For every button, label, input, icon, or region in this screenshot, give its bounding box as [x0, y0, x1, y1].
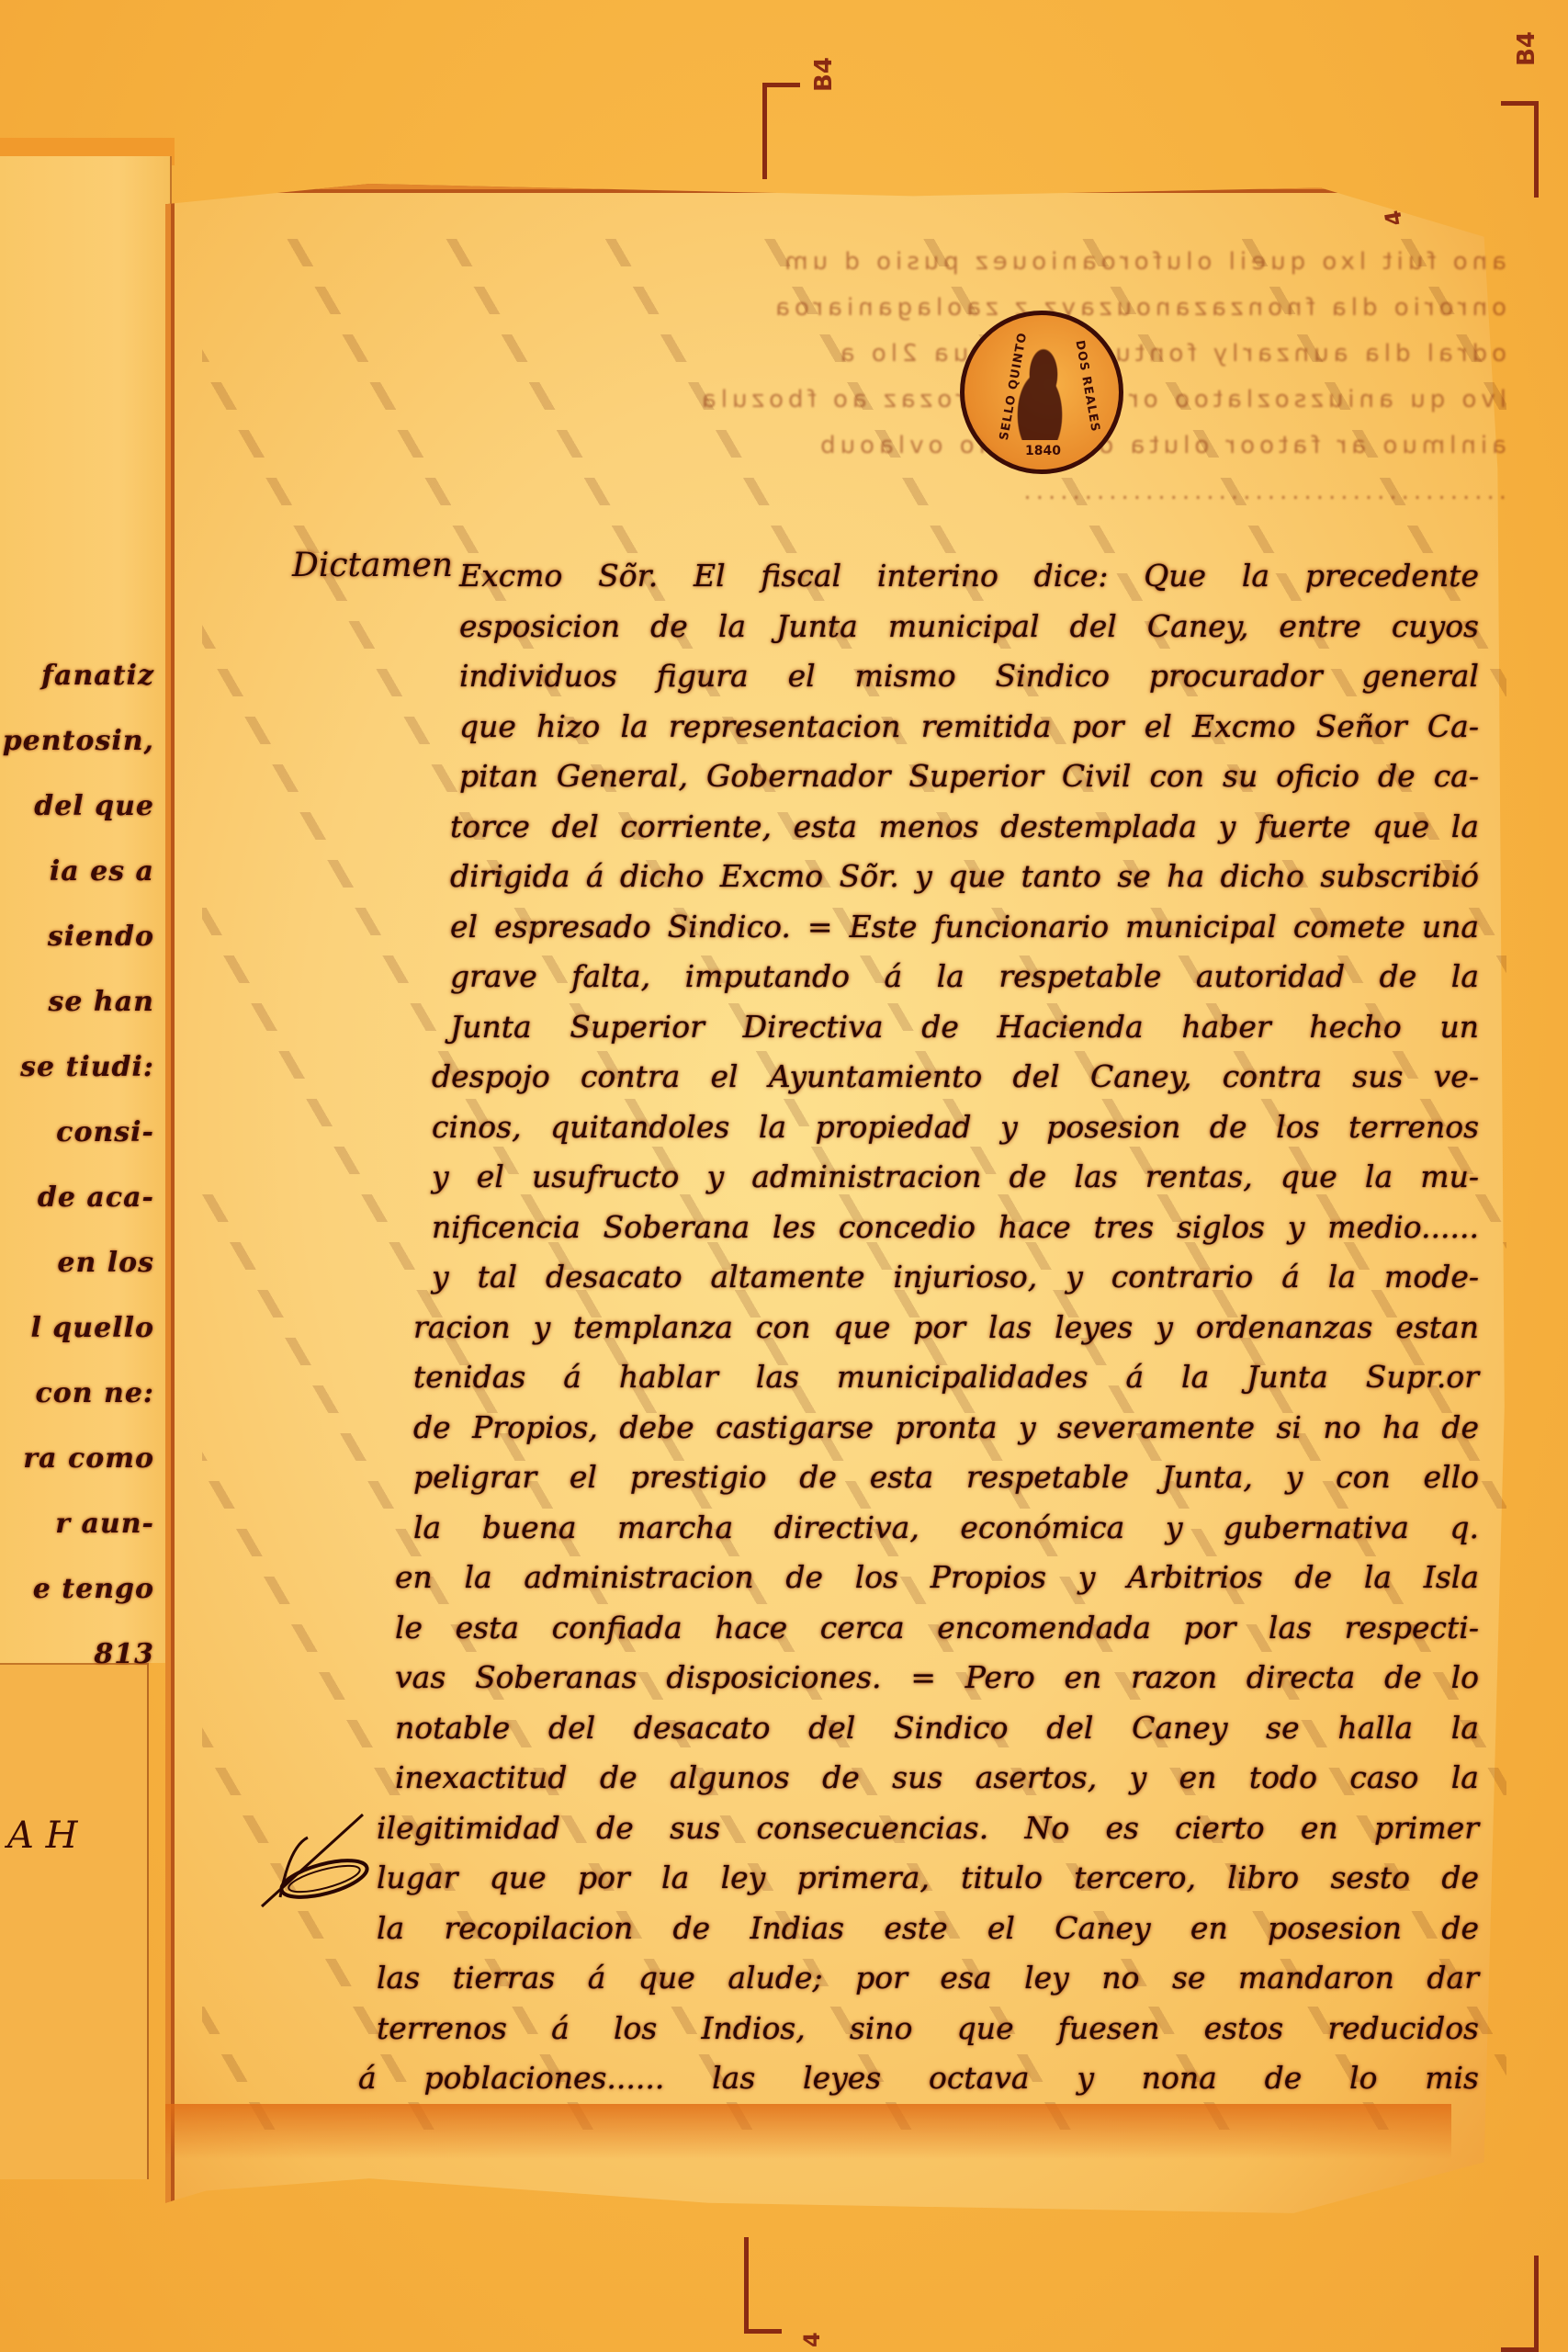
- manuscript-line: dirigida á dicho Excmo Sõr. y que tanto …: [450, 852, 1479, 902]
- manuscript-line: y tal desacato altamente injurioso, y co…: [432, 1252, 1479, 1303]
- manuscript-line: torce del corriente, esta menos destempl…: [450, 802, 1479, 853]
- manuscript-line: nificencia Soberana les concedio hace tr…: [432, 1203, 1479, 1253]
- registration-mark-top-right: [1501, 101, 1539, 198]
- manuscript-line: racion y templanza con que por las leyes…: [413, 1303, 1479, 1353]
- left-page-line: en los: [0, 1230, 165, 1295]
- manuscript-line: ilegitimidad de sus consecuencias. No es…: [377, 1804, 1479, 1854]
- manuscript-line: despojo contra el Ayuntamiento del Caney…: [432, 1052, 1479, 1102]
- manuscript-line: Junta Superior Directiva de Hacienda hab…: [450, 1002, 1479, 1053]
- mark-label-top-right: B4: [1513, 31, 1540, 66]
- bleed-through-line: odral dla aunzarly fontuzinz y grua 2lo …: [266, 340, 1506, 386]
- manuscript-line: terrenos á los Indios, sino que fuesen e…: [377, 2004, 1479, 2054]
- bleed-through-line: ........................................: [266, 478, 1506, 524]
- manuscript-body: Excmo Sõr. El fiscal interino dice: Que …: [459, 551, 1479, 2104]
- left-page-line: e tengo: [0, 1556, 165, 1622]
- manuscript-line: vas Soberanas disposiciones. = Pero en r…: [395, 1653, 1479, 1703]
- page-bottom-edge: [165, 2104, 1451, 2159]
- left-page-lower-sheet: [0, 1663, 149, 2179]
- manuscript-line: notable del desacato del Sindico del Can…: [395, 1703, 1479, 1754]
- bleed-through-line: ano fuit lxo queil oluforoaniouez pusio …: [266, 248, 1506, 294]
- manuscript-line: la recopilacion de Indias este el Caney …: [377, 1904, 1479, 1954]
- left-page-line: consi-: [0, 1100, 165, 1165]
- rubric-flourish-icon: [253, 1810, 381, 1911]
- left-page-line: fanatiz: [0, 643, 165, 708]
- left-page-line: se han: [0, 969, 165, 1035]
- manuscript-line: que hizo la representacion remitida por …: [459, 702, 1479, 752]
- stamp-seal-icon: SELLO QUINTO DOS REALES 1840: [960, 311, 1123, 474]
- manuscript-line: tenidas á hablar las municipalidades á l…: [413, 1352, 1479, 1403]
- registration-mark-top-left: [762, 83, 800, 179]
- left-page-line: pentosin,: [0, 708, 165, 774]
- left-page-signature: A H: [7, 1815, 77, 1857]
- left-page-line: r aun-: [0, 1491, 165, 1556]
- manuscript-line: cinos, quitandoles la propiedad y posesi…: [432, 1102, 1479, 1153]
- bleed-through-line: onrorio dla fnonzazanouzayz z zaolagania…: [266, 294, 1506, 340]
- left-page-line: 813: [0, 1622, 165, 1687]
- left-page-line: siendo: [0, 904, 165, 969]
- left-page-line: de aca-: [0, 1165, 165, 1230]
- manuscript-line: individuos figura el mismo Sindico procu…: [459, 651, 1479, 702]
- manuscript-line: la buena marcha directiva, económica y g…: [413, 1503, 1479, 1554]
- manuscript-line: en la administracion de los Propios y Ar…: [395, 1553, 1479, 1603]
- left-page-line: ra como: [0, 1426, 165, 1491]
- mark-label-bottom-left: 4: [799, 2332, 825, 2347]
- seal-year: 1840: [1025, 444, 1061, 458]
- registration-mark-bottom-right: [1501, 2256, 1539, 2352]
- manuscript-line: le esta confiada hace cerca encomendada …: [395, 1603, 1479, 1654]
- manuscript-line: lugar que por la ley primera, titulo ter…: [377, 1853, 1479, 1904]
- document-heading: Dictamen: [292, 547, 453, 584]
- manuscript-line: esposicion de la Junta municipal del Can…: [459, 602, 1479, 652]
- mark-label-top-left: B4: [810, 57, 838, 92]
- bleed-through-line: lvo qu aniuzsozlatoo oruex dlaagrozaz ao…: [266, 386, 1506, 432]
- left-page-text: fanatizpentosin,del queia es asiendose h…: [0, 643, 165, 1687]
- manuscript-line: de Propios, debe castigarse pronta y sev…: [413, 1403, 1479, 1453]
- bleed-through-line: ainlmuo ar fatoor oluta ouaux olo ovlaou…: [266, 432, 1506, 478]
- manuscript-line: el espresado Sindico. = Este funcionario…: [450, 902, 1479, 953]
- left-page-line: con ne:: [0, 1361, 165, 1426]
- manuscript-line: grave falta, imputando á la respetable a…: [450, 952, 1479, 1002]
- bleed-through-text: ano fuit lxo queil oluforoaniouez pusio …: [266, 248, 1506, 524]
- manuscript-line: Excmo Sõr. El fiscal interino dice: Que …: [459, 551, 1479, 602]
- manuscript-line: y el usufructo y administracion de las r…: [432, 1152, 1479, 1203]
- registration-mark-bottom-left: [744, 2237, 782, 2334]
- left-page-line: l quello: [0, 1295, 165, 1361]
- left-page-line: se tiudi:: [0, 1035, 165, 1100]
- manuscript-line: inexactitud de algunos de sus asertos, y…: [395, 1753, 1479, 1804]
- manuscript-line: peligrar el prestigio de esta respetable…: [413, 1453, 1479, 1503]
- left-page-line: del que: [0, 774, 165, 839]
- manuscript-line: las tierras á que alude; por esa ley no …: [377, 1953, 1479, 2004]
- manuscript-line: á poblaciones...... las leyes octava y n…: [358, 2053, 1479, 2104]
- left-page-line: ia es a: [0, 839, 165, 904]
- manuscript-line: pitan General, Gobernador Superior Civil…: [459, 752, 1479, 802]
